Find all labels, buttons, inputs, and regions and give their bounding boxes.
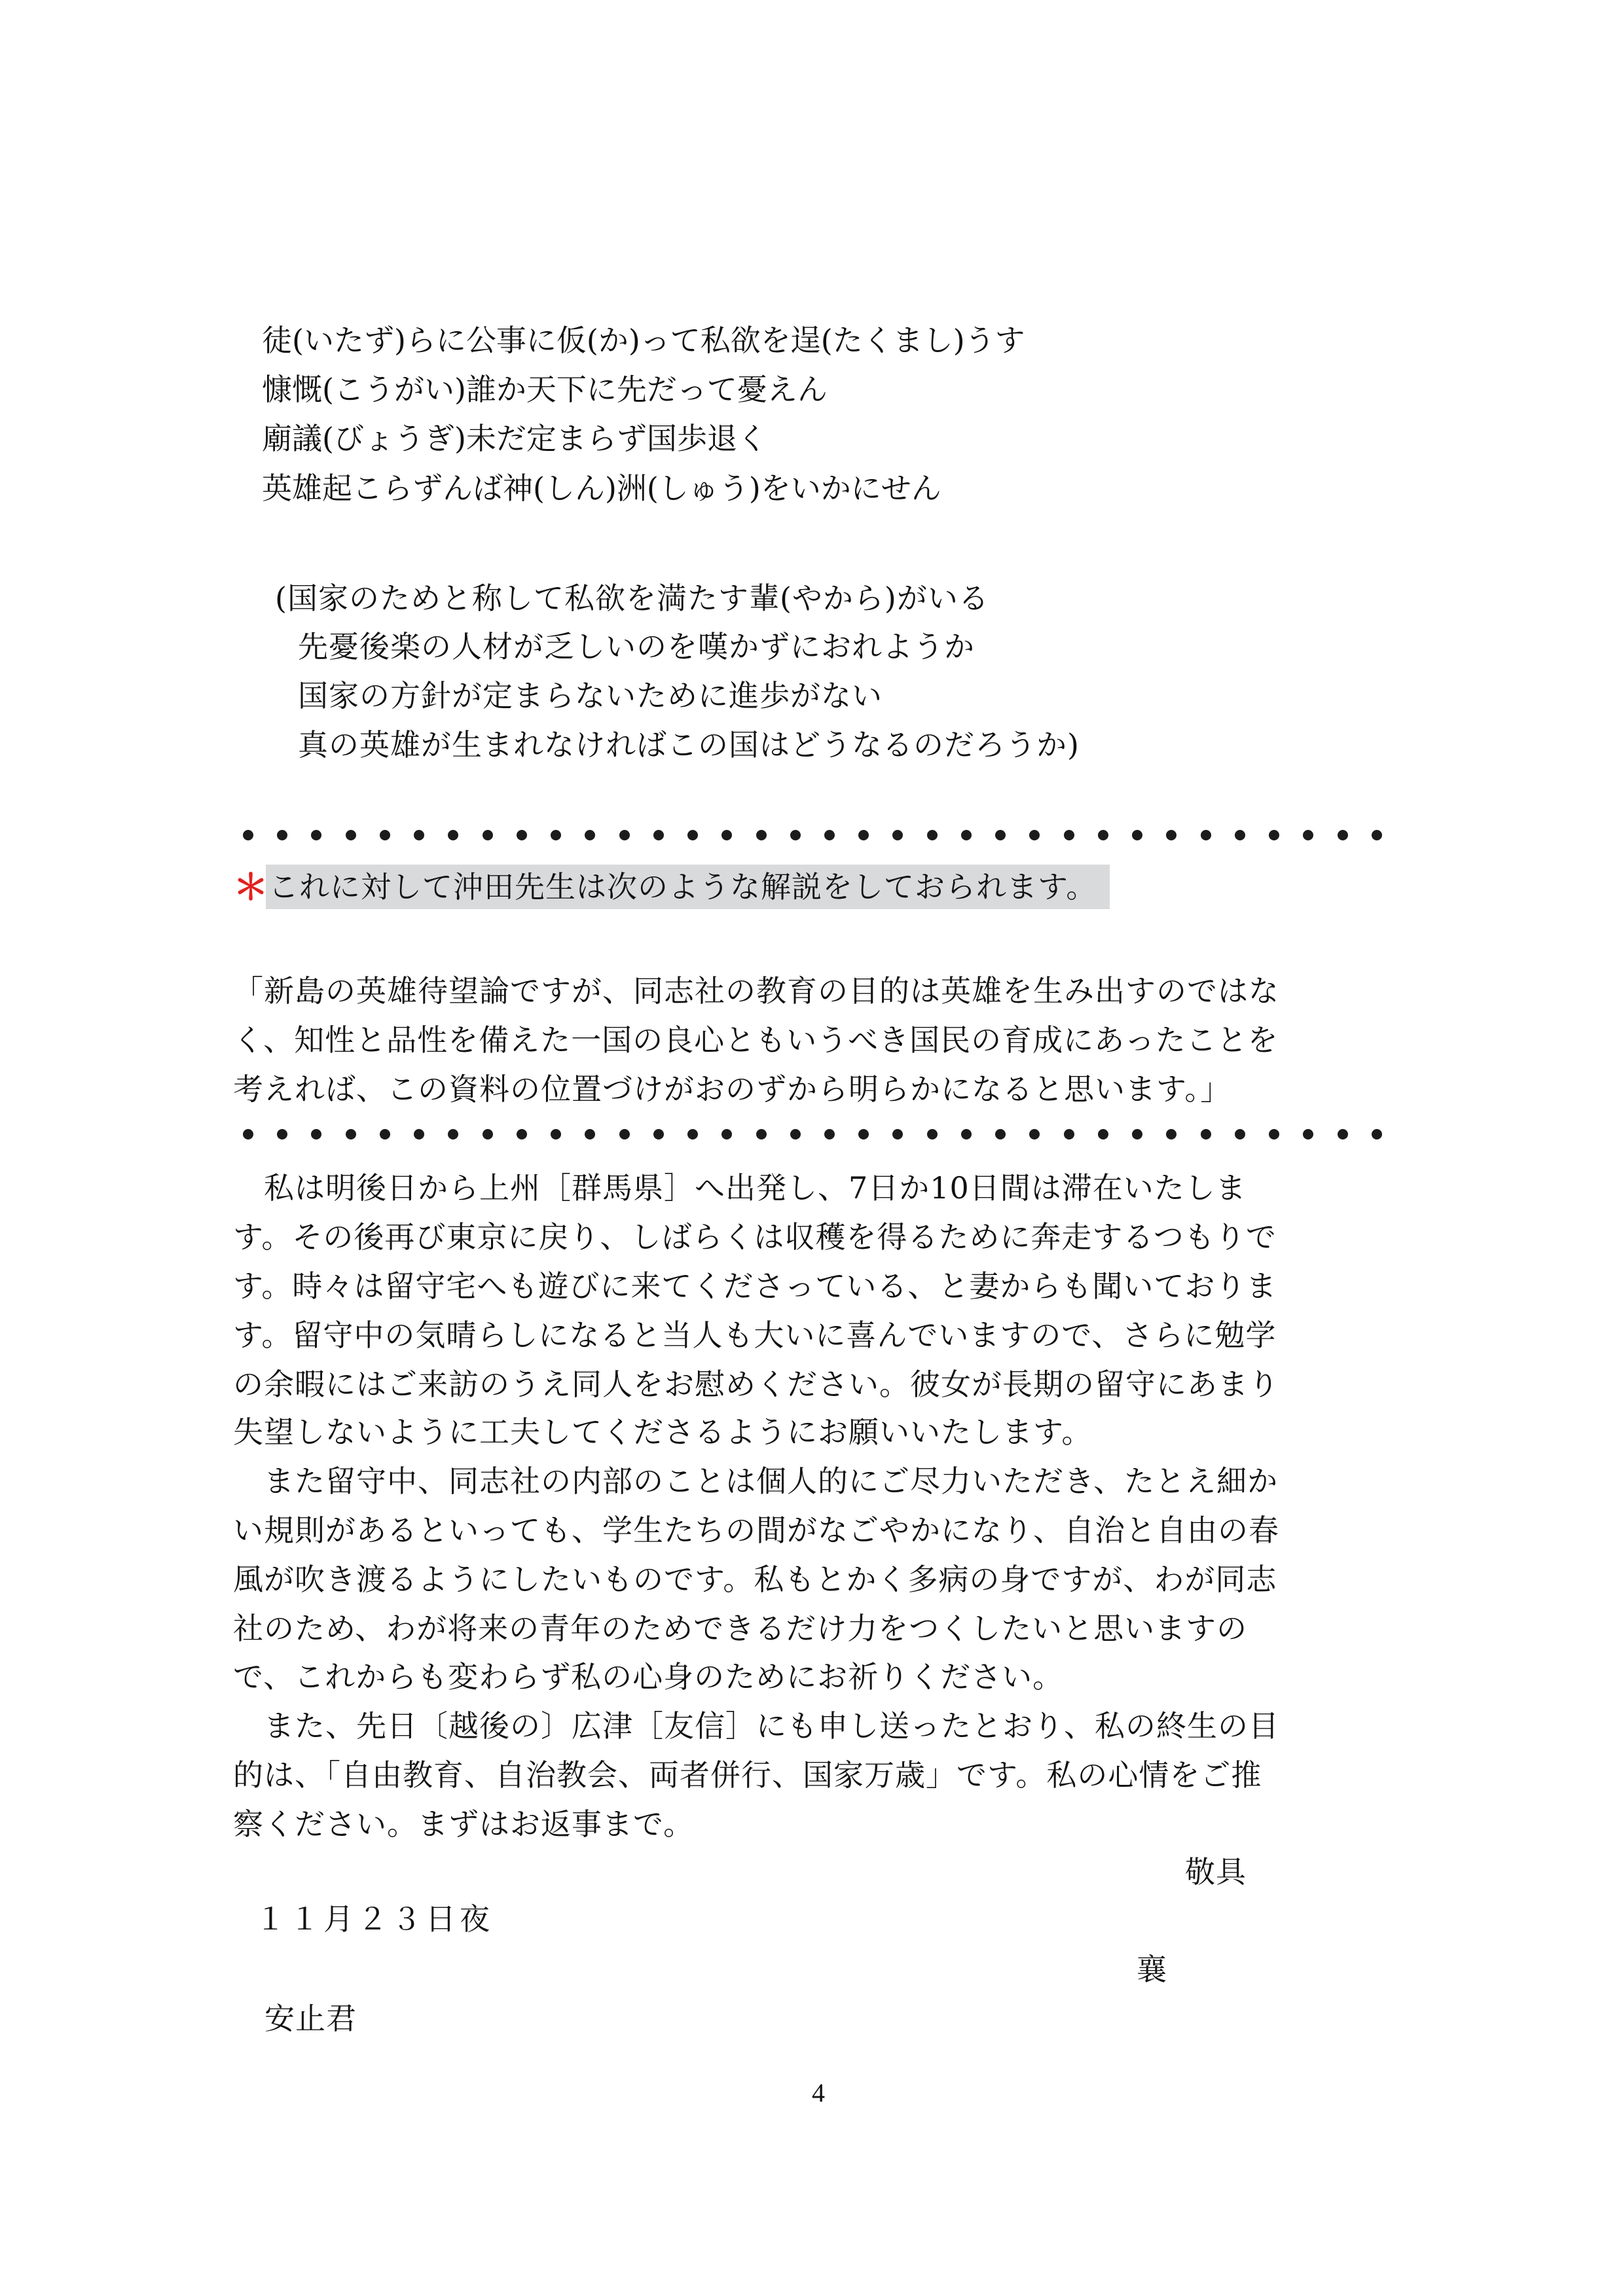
letter-line: 察ください。まずはお返事まで。 xyxy=(233,1804,1385,1844)
dot xyxy=(380,1129,390,1139)
letter-line: また留守中、同志社の内部のことは個人的にご尽力いただき、たとえ細か xyxy=(233,1462,1385,1501)
dot xyxy=(551,830,561,840)
dot xyxy=(277,1129,287,1139)
letter-line: い規則があるといっても、学生たちの間がなごやかになり、自治と自由の春 xyxy=(233,1511,1385,1550)
dot xyxy=(311,830,321,840)
dot xyxy=(961,1129,972,1139)
dot xyxy=(995,1129,1006,1139)
dot xyxy=(1166,830,1176,840)
dot xyxy=(243,830,253,840)
dot xyxy=(721,830,732,840)
letter-line: 失望しないように工夫してくださるようにお願いいたします。 xyxy=(233,1412,1385,1452)
highlighted-note: これに対して沖田先生は次のような解説をしておられます。 xyxy=(266,865,1110,909)
poem-line: 慷慨(こうがい)誰か天下に先だって憂えん xyxy=(262,370,828,409)
dot xyxy=(1064,830,1074,840)
dot xyxy=(1303,1129,1313,1139)
dot xyxy=(892,1129,903,1139)
dot xyxy=(927,830,938,840)
closing-salutation: 敬具 xyxy=(1185,1852,1247,1892)
translation-line: 真の英雄が生まれなければこの国はどうなるのだろうか) xyxy=(298,725,1080,764)
poem-line: 廟議(びょうぎ)未だ定まらず国歩退く xyxy=(262,419,767,458)
letter-date: １１月２３日夜 xyxy=(255,1899,494,1939)
commentary-line: 「新島の英雄待望論ですが、同志社の教育の目的は英雄を生み出すのではな xyxy=(233,971,1385,1011)
letter-line: 私は明後日から上州［群馬県］へ出発し、7日か10日間は滞在いたしま xyxy=(233,1168,1385,1208)
commentary-line: く、知性と品性を備えた一国の良心ともいうべき国民の育成にあったことを xyxy=(233,1020,1385,1060)
letter-line: す。留守中の気晴らしになると当人も大いに喜んでいますので、さらに勉学 xyxy=(233,1316,1385,1355)
dot xyxy=(892,830,903,840)
dot xyxy=(483,830,493,840)
commentary-line: 考えれば、この資料の位置づけがおのずから明らかになると思います。」 xyxy=(233,1069,1385,1109)
dot xyxy=(277,830,287,840)
dot xyxy=(619,830,630,840)
dot xyxy=(380,830,390,840)
dot xyxy=(1166,1129,1176,1139)
dot xyxy=(687,1129,698,1139)
dot xyxy=(824,1129,835,1139)
dot xyxy=(1029,1129,1040,1139)
dot xyxy=(1098,830,1108,840)
dot xyxy=(243,1129,253,1139)
dot xyxy=(756,830,767,840)
dot xyxy=(1269,830,1279,840)
letter-line: で、これからも変わらず私の心身のためにお祈りください。 xyxy=(233,1657,1385,1696)
dot xyxy=(414,830,424,840)
translation-line: 国家の方針が定まらないために進歩がない xyxy=(298,676,883,715)
dot xyxy=(790,1129,801,1139)
dot xyxy=(517,830,527,840)
dot xyxy=(995,830,1006,840)
dot xyxy=(585,830,595,840)
recipient-name: 安止君 xyxy=(264,1999,357,2038)
dot xyxy=(448,830,458,840)
dot xyxy=(858,830,869,840)
dot xyxy=(1132,830,1142,840)
dot xyxy=(1303,830,1313,840)
dotted-separator xyxy=(243,829,1382,842)
letter-line: また、先日〔越後の〕広津［友信］にも申し送ったとおり、私の終生の目 xyxy=(233,1706,1385,1746)
letter-line: す。その後再び東京に戻り、しばらくは収穫を得るために奔走するつもりで xyxy=(233,1217,1385,1257)
poem-line: 徒(いたず)らに公事に仮(か)って私欲を逞(たくまし)うす xyxy=(262,321,1025,360)
dot xyxy=(346,830,356,840)
asterisk-icon: ＊ xyxy=(233,863,266,911)
translation-line: 先憂後楽の人材が乏しいのを嘆かずにおれようか xyxy=(298,627,975,666)
dot xyxy=(790,830,801,840)
dotted-separator xyxy=(243,1128,1382,1141)
dot xyxy=(961,830,972,840)
dot xyxy=(414,1129,424,1139)
dot xyxy=(1098,1129,1108,1139)
dot xyxy=(824,830,835,840)
dot xyxy=(619,1129,630,1139)
letter-line: す。時々は留守宅へも遊びに来てくださっている、と妻からも聞いておりま xyxy=(233,1266,1385,1306)
dot xyxy=(517,1129,527,1139)
dot xyxy=(346,1129,356,1139)
dot xyxy=(1064,1129,1074,1139)
sender-name: 襄 xyxy=(1137,1950,1167,1989)
dot xyxy=(483,1129,493,1139)
dot xyxy=(927,1129,938,1139)
dot xyxy=(448,1129,458,1139)
dot xyxy=(585,1129,595,1139)
letter-line: 社のため、わが将来の青年のためできるだけ力をつくしたいと思いますの xyxy=(233,1609,1385,1648)
dot xyxy=(653,1129,664,1139)
dot xyxy=(1372,1129,1382,1139)
dot xyxy=(1029,830,1040,840)
note-line: ＊ これに対して沖田先生は次のような解説をしておられます。 xyxy=(233,863,1110,911)
page-number: 4 xyxy=(812,2077,825,2108)
letter-line: 的は、「自由教育、自治教会、両者併行、国家万歳」です。私の心情をご推 xyxy=(233,1755,1385,1795)
dot xyxy=(1201,1129,1211,1139)
dot xyxy=(1338,1129,1348,1139)
dot xyxy=(756,1129,767,1139)
dot xyxy=(1235,1129,1245,1139)
letter-line: 風が吹き渡るようにしたいものです。私もとかく多病の身ですが、わが同志 xyxy=(233,1560,1385,1599)
dot xyxy=(1132,1129,1142,1139)
dot xyxy=(721,1129,732,1139)
dot xyxy=(687,830,698,840)
dot xyxy=(653,830,664,840)
dot xyxy=(1269,1129,1279,1139)
dot xyxy=(858,1129,869,1139)
dot xyxy=(1338,830,1348,840)
translation-line: (国家のためと称して私欲を満たす輩(やから)がいる xyxy=(275,579,989,618)
dot xyxy=(1372,830,1382,840)
dot xyxy=(311,1129,321,1139)
dot xyxy=(1235,830,1245,840)
poem-line: 英雄起こらずんば神(しん)洲(しゅう)をいかにせん xyxy=(262,469,941,508)
dot xyxy=(1201,830,1211,840)
dot xyxy=(551,1129,561,1139)
letter-line: の余暇にはご来訪のうえ同人をお慰めください。彼女が長期の留守にあまり xyxy=(233,1365,1385,1404)
document-page: 徒(いたず)らに公事に仮(か)って私欲を逞(たくまし)うす 慷慨(こうがい)誰か… xyxy=(0,0,1623,2296)
